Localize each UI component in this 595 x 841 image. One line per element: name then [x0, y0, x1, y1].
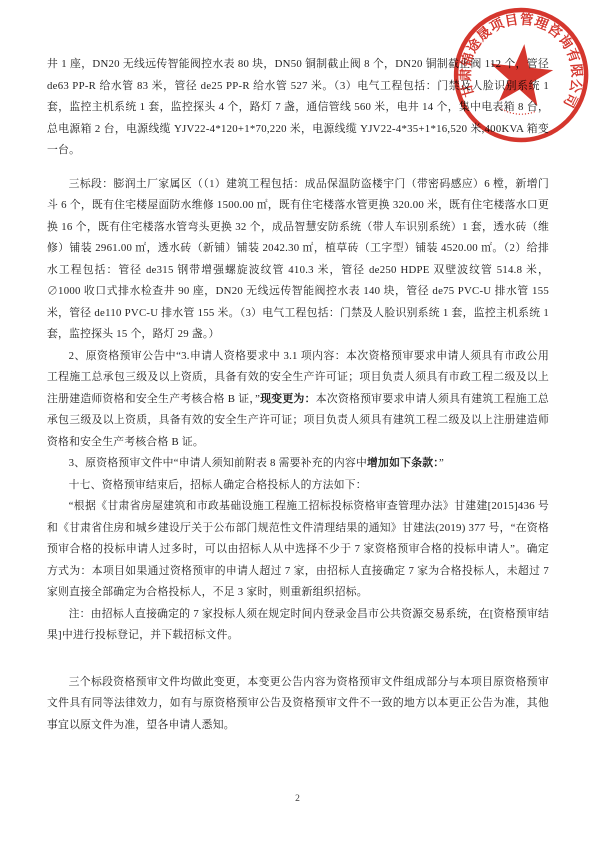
paragraph: 三个标段资格预审文件均做此变更，本变更公告内容为资格预审文件组成部分与本项目原资… [47, 672, 549, 737]
body-text: ” [439, 457, 444, 469]
paragraph: 十七、资格预审结束后，招标人确定合格投标人的方法如下： [47, 475, 549, 497]
emphasis-text: 现变更为： [260, 393, 316, 405]
body-text: 三个标段资格预审文件均做此变更，本变更公告内容为资格预审文件组成部分与本项目原资… [47, 676, 549, 731]
body-text: 3、原资格预审文件中“申请人须知前附表 8 需要补充的内容中 [69, 457, 367, 469]
document-page: 井 1 座，DN20 无线远传智能阀控水表 80 块，DN50 铜制截止阀 8 … [0, 0, 595, 841]
document-body: 井 1 座，DN20 无线远传智能阀控水表 80 块，DN50 铜制截止阀 8 … [47, 54, 549, 736]
body-text: 三标段：膨润土厂家属区（（1）建筑工程包括：成品保温防盗楼宇门（带密码感应）6 … [47, 178, 549, 341]
paragraph: 井 1 座，DN20 无线远传智能阀控水表 80 块，DN50 铜制截止阀 8 … [47, 54, 549, 162]
page-number: 2 [0, 794, 595, 804]
paragraph: 三标段：膨润土厂家属区（（1）建筑工程包括：成品保温防盗楼宇门（带密码感应）6 … [47, 174, 549, 346]
body-text: 十七、资格预审结束后，招标人确定合格投标人的方法如下： [69, 479, 367, 491]
body-text: 井 1 座，DN20 无线远传智能阀控水表 80 块，DN50 铜制截止阀 8 … [47, 58, 549, 156]
body-text: 注：由招标人直接确定的 7 家投标人须在规定时间内登录金昌市公共资源交易系统，在… [47, 608, 549, 642]
paragraph: “根据《甘肃省房屋建筑和市政基础设施工程施工招标投标资格审查管理办法》甘建建[2… [47, 496, 549, 604]
body-text: “根据《甘肃省房屋建筑和市政基础设施工程施工招标投标资格审查管理办法》甘建建[2… [47, 500, 549, 598]
paragraph: 3、原资格预审文件中“申请人须知前附表 8 需要补充的内容中增加如下条款：” [47, 453, 549, 475]
paragraph: 2、原资格预审公告中“3.申请人资格要求中 3.1 项内容：本次资格预审要求申请… [47, 346, 549, 454]
emphasis-text: 增加如下条款： [367, 457, 439, 469]
paragraph: 注：由招标人直接确定的 7 家投标人须在规定时间内登录金昌市公共资源交易系统，在… [47, 604, 549, 647]
